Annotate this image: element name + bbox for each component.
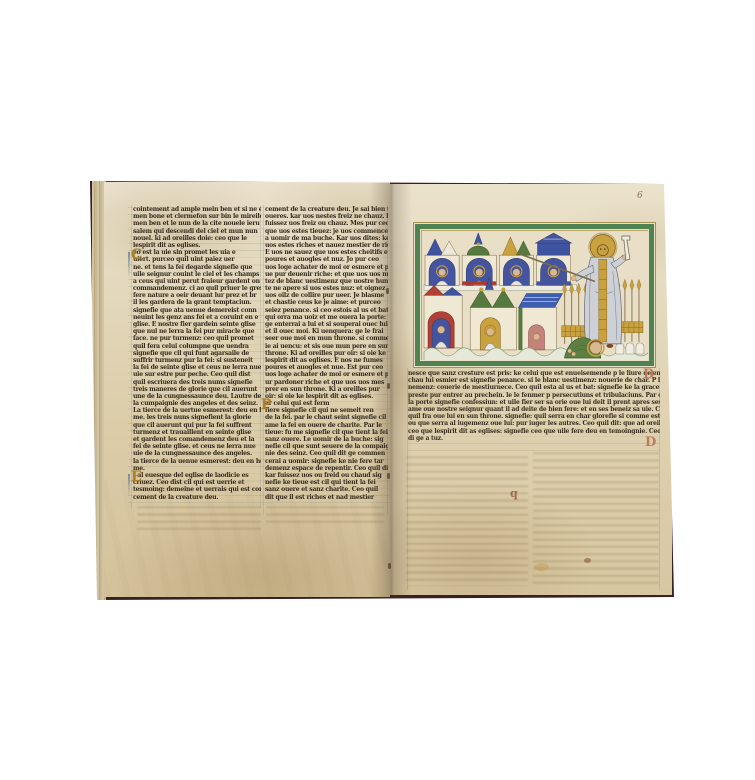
illuminated-initial-C: C: [131, 248, 142, 262]
text-line: turmenz et trauaillent en seinte glise: [133, 429, 261, 436]
text-line: ne. et tens la fei degarde signefie que: [133, 264, 261, 271]
showthrough-text: [406, 456, 528, 586]
text-line: La tierce de la uertue esmerest: deu en …: [133, 407, 261, 414]
text-line: eo est la uie sin promet les uia e: [133, 249, 261, 256]
miniature-illustration: [422, 231, 648, 360]
text-line: ou que serra al iugemenz oue lui: pur iu…: [408, 420, 660, 427]
pen-flourish: [128, 252, 130, 278]
text-line: quil fera celui columpne que uendra: [133, 343, 261, 350]
text-line: que cil auerunt qui pur la fei suffrent: [133, 422, 261, 429]
text-line: face. ne pur turmenz: ceo quil promet: [133, 335, 261, 342]
ink-stain: [584, 558, 591, 563]
text-line: t al euesque del eglise de laodicie es: [133, 472, 261, 479]
text-line: fei de seinte glise. et ceus ne lerra nu…: [133, 443, 261, 450]
text-line: chau lui esmier est signefie penance. si…: [408, 377, 660, 384]
text-line: preste pur entrer au prechein. le le fen…: [408, 392, 660, 399]
stain: [534, 563, 549, 571]
text-line: me.: [133, 465, 261, 472]
text-line: uie de la cungnessaunce des angeles.: [133, 450, 261, 457]
text-line: la tierce de la uenue esmerest: deu en h…: [133, 458, 261, 465]
text-line: me. les treis nuns signefient la glorie: [133, 414, 261, 421]
text-line: ame oue nostre seignur quant il ad deite…: [408, 406, 660, 413]
binding-stitch: [387, 473, 390, 479]
showthrough-text: [137, 506, 261, 534]
text-line: salem qui descendi del ciel et mun nun: [133, 228, 261, 235]
text-line: men ben et le nun de la cite nouele ieru: [133, 220, 261, 227]
text-line: a ceus qui uint perut fraieur gardent on: [133, 278, 261, 285]
text-line: ceo que lespirit dit as eglises: signefi…: [408, 428, 660, 435]
text-line: la porte signefie confessiun: et uile fi…: [408, 399, 660, 406]
text-line: que nul ne lerra la fei pur miracle que: [133, 328, 261, 335]
folio-number: 6: [637, 191, 643, 201]
text-line: glise. E nostre fier gardein seinte glis…: [133, 321, 261, 328]
text-line: la fei de seinte glise et ceus ne lerra …: [133, 364, 261, 371]
text-line: uie sur estre pur peche. Ceo quil dist: [133, 371, 261, 378]
column-rule: [263, 205, 264, 515]
manuscript-photo: cointement ad ample mein ben et si ne es…: [0, 0, 755, 780]
text-line: treis maneres de glorie que cil auerunt: [133, 386, 261, 393]
text-line: fere nature a oeir deuant lur prez et br: [133, 292, 261, 299]
illuminated-initial-E: E: [131, 470, 142, 484]
text-line: cointement ad ample mein ben et si ne es…: [133, 206, 261, 213]
showthrough-text: [533, 452, 659, 588]
text-line: nemenz: couerie de mestiurnece. Ceo quil…: [408, 384, 660, 391]
left-page-column-1: cointement ad ample mein ben et si ne es…: [133, 206, 261, 501]
showthrough-text: [266, 506, 384, 526]
text-line: di ge a tuz.: [408, 435, 660, 442]
miniature: [413, 222, 656, 368]
text-line: quil escriuera des treis nums signefie: [133, 379, 261, 386]
arcade-top: [424, 255, 577, 290]
binding-stitch: [386, 288, 389, 294]
binding-stitch: [387, 383, 390, 389]
text-line: commandemenz. ci ao quil priuer le gres: [133, 285, 261, 292]
text-line: criuez. Ceo dist cil qui est uerrie et: [133, 479, 261, 486]
text-line: nouel. ki ad oreilles doie: ceo que le: [133, 235, 261, 242]
text-line: suffrir turmenz pur la fei: si susteneit: [133, 357, 261, 364]
book: cointement ad ample mein ben et si ne es…: [0, 0, 755, 780]
text-line: tesmoing: demeine et uerrais qui est com…: [133, 486, 261, 493]
binding-stitch: [388, 563, 391, 569]
text-line: la cumpaignie des angeles et des seinz.: [133, 400, 261, 407]
text-line: une de la cungnessaunce deu. Lautre de: [133, 393, 261, 400]
illuminated-initial-P: P: [261, 398, 272, 412]
margin-initial-D: D: [643, 368, 654, 381]
text-line: cement de la creature deu.: [133, 494, 261, 501]
text-line: signefie que cil qui funt agarsaile de: [133, 350, 261, 357]
text-line: nesce que sanz cresture est pris: ke cel…: [408, 370, 660, 377]
text-line: et gardent les comandemenz deu et la: [133, 436, 261, 443]
text-line: men bone et clermefon sur bin le mireile: [133, 213, 261, 220]
text-line: neuint les genz ans fei et a coruint en …: [133, 314, 261, 321]
text-line: quil fra oue lui en sun throne. signefie…: [408, 413, 660, 420]
pen-flourish: [128, 474, 130, 496]
margin-initial-D: D: [645, 436, 656, 449]
text-line: il les gardera de la grant temptaciun.: [133, 299, 261, 306]
text-line: lespirit dit as eglises.: [133, 242, 261, 249]
text-line: uiert. purceo quil uint paiez uer: [133, 256, 261, 263]
right-page-text: nesce que sanz cresture est pris: ke cel…: [408, 370, 660, 442]
gutter-fold: [370, 181, 412, 600]
text-line: uile seignur couint le ciel et les champ…: [133, 271, 261, 278]
text-line: signefie que ata uenue demereist conn: [133, 307, 261, 314]
